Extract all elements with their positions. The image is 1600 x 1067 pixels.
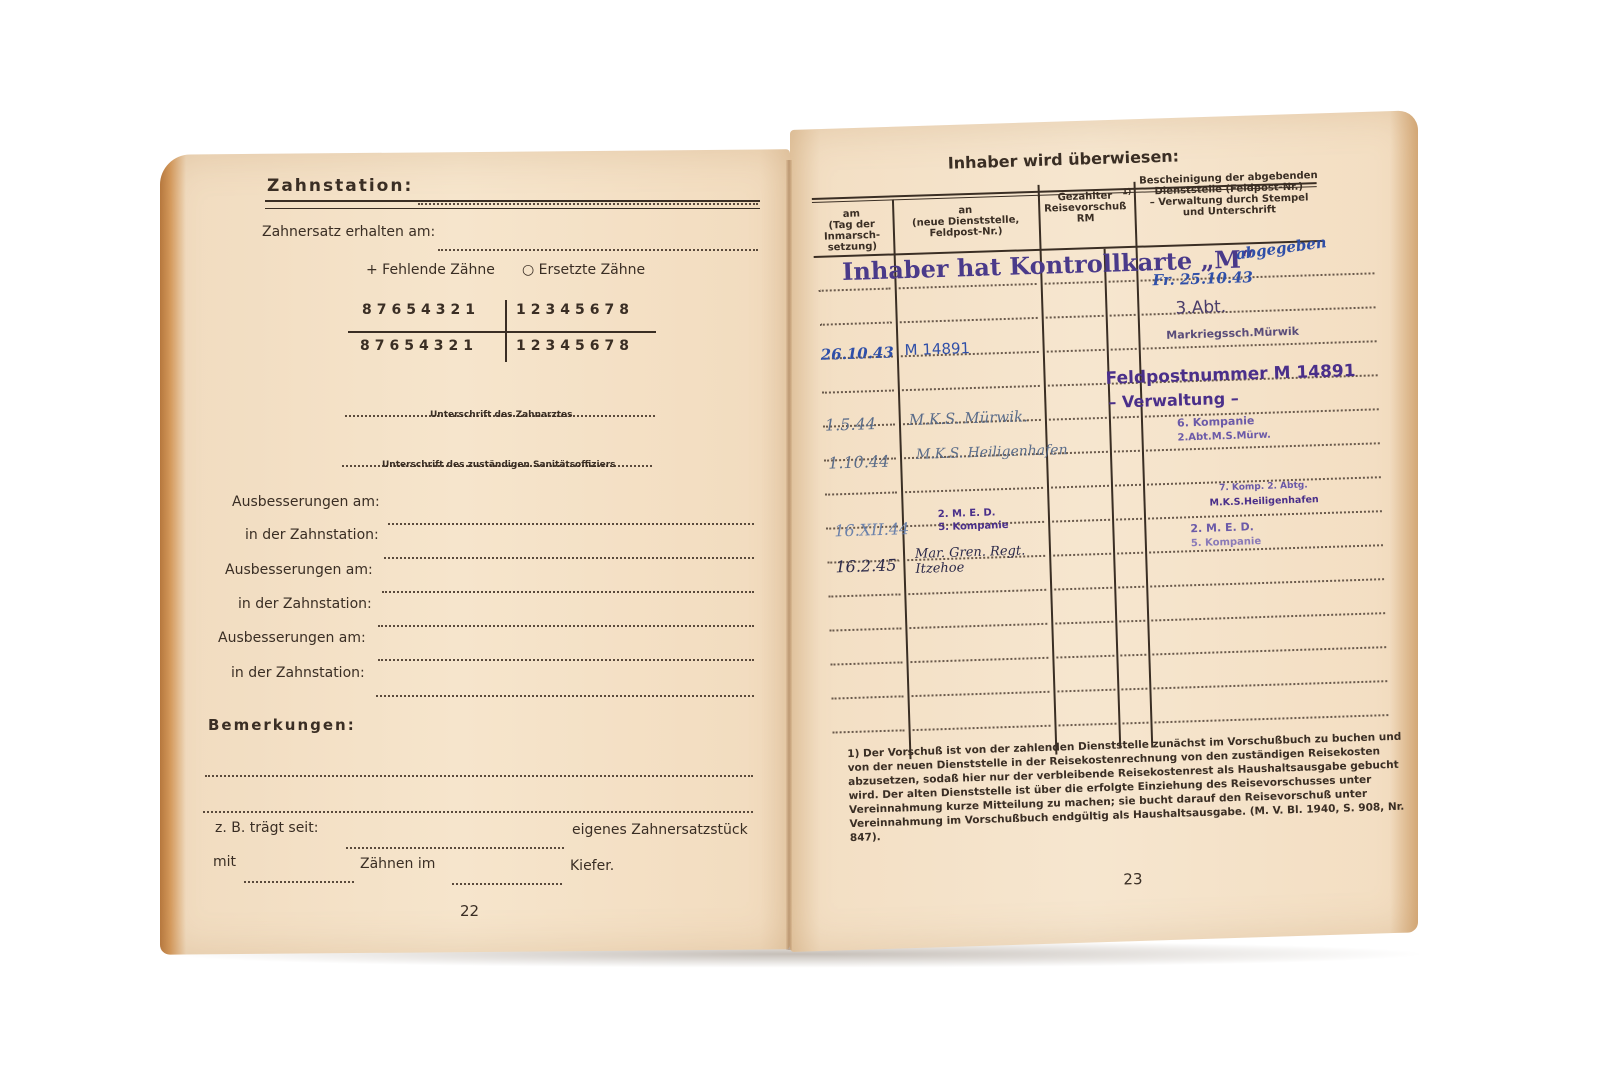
entry-date-1: 26.10.43	[820, 343, 894, 363]
stamp-7-company: 7. Komp. 2. Abtg.	[1219, 481, 1308, 494]
repairs-on-field-3[interactable]	[378, 646, 754, 665]
row-dotted-line	[900, 317, 1038, 323]
stamp-6-company: 6. Kompanie	[1177, 414, 1255, 429]
entry-date-2: 1.5.44	[825, 414, 876, 435]
row-dotted-line	[1121, 688, 1147, 691]
teeth-count-field[interactable]	[244, 868, 354, 887]
row-dotted-line	[1053, 553, 1111, 557]
entry-date-5: 16.2.45	[835, 555, 897, 576]
teeth-horizontal-divider	[348, 331, 656, 333]
row-dotted-line	[1118, 586, 1144, 589]
teeth-upper-left-quadrant: 12345678	[516, 302, 634, 318]
row-dotted-line	[1143, 340, 1377, 349]
row-dotted-line	[1048, 383, 1106, 387]
row-dotted-line	[1119, 620, 1145, 623]
title-rule-thin	[265, 208, 760, 209]
row-dotted-line	[909, 623, 1047, 629]
row-dotted-line	[1051, 485, 1109, 489]
row-dotted-line	[902, 385, 1040, 391]
row-dotted-line	[1046, 315, 1104, 319]
teeth-vertical-divider	[505, 300, 507, 362]
repairs-on-field-1[interactable]	[388, 510, 754, 529]
row-dotted-line	[1153, 680, 1387, 689]
row-dotted-line	[1122, 722, 1148, 725]
entry-unit-3: M.K.S. Heiligenhafen	[916, 442, 1068, 463]
medical-officer-signature-label: Unterschrift des zuständigen Sanitätsoff…	[382, 460, 616, 470]
row-dotted-line	[1117, 552, 1143, 555]
row-dotted-line	[1146, 442, 1380, 451]
teeth-legend-missing: + Fehlende Zähne	[366, 262, 495, 278]
row-dotted-line	[1045, 281, 1103, 285]
stamp-med: 2. M. E. D.	[1190, 520, 1254, 535]
row-dotted-line	[1110, 314, 1136, 317]
stamp-2-abt-mürwik: 2.Abt.M.S.Mürw.	[1177, 430, 1271, 444]
page-number-right: 23	[1123, 870, 1143, 889]
jaw-label: Kiefer.	[570, 858, 614, 874]
row-dotted-line	[1047, 349, 1105, 353]
row-dotted-line	[1111, 348, 1137, 351]
at-station-field-1[interactable]	[384, 544, 754, 563]
col-header-unit: an (neue Dienststelle, Feldpost-Nr.)	[894, 203, 1037, 240]
own-denture-label: eigenes Zahnersatzstück	[572, 822, 748, 838]
denture-received-label: Zahnersatz erhalten am:	[262, 224, 435, 240]
row-dotted-line	[1055, 621, 1113, 625]
banner-date: Fr. 25.10.43	[1152, 268, 1253, 289]
footnote-text: 1) Der Vorschuß ist von der zahlenden Di…	[847, 729, 1420, 845]
row-dotted-line	[1154, 714, 1388, 723]
title-rule	[265, 200, 760, 202]
at-station-label-1: in der Zahnstation:	[245, 527, 379, 543]
row-dotted-line	[1058, 723, 1116, 727]
with-label: mit	[213, 854, 236, 870]
remarks-field-1[interactable]	[205, 762, 753, 781]
col-header-certification: Bescheinigung der abgebenden Dienststell…	[1137, 170, 1320, 220]
dental-station-title: Zahnstation:	[267, 176, 413, 196]
at-station-field-3[interactable]	[376, 682, 754, 701]
row-dotted-line	[908, 589, 1046, 595]
row-dotted-line	[899, 283, 1037, 289]
row-dotted-line	[910, 657, 1048, 663]
remarks-field-2[interactable]	[203, 798, 753, 817]
row-dotted-line	[1151, 612, 1385, 621]
at-station-label-2: in der Zahnstation:	[238, 596, 372, 612]
entry-date-4: 16.XII.44	[834, 519, 909, 540]
row-dotted-line	[1116, 518, 1142, 521]
at-station-label-3: in der Zahnstation:	[231, 665, 365, 681]
row-dotted-line	[830, 661, 902, 665]
row-dotted-line	[832, 695, 904, 699]
row-dotted-line	[1056, 655, 1114, 659]
row-dotted-line	[1114, 450, 1140, 453]
row-dotted-line	[1148, 510, 1382, 519]
stamp-3-abt: 3.Abt.	[1175, 297, 1226, 319]
stamp-5-company: 5. Kompanie	[1191, 536, 1262, 549]
row-dotted-line	[905, 487, 1043, 493]
row-dotted-line	[913, 725, 1051, 731]
row-dotted-line	[1054, 587, 1112, 591]
repairs-on-label-2: Ausbesserungen am:	[225, 562, 373, 578]
row-dotted-line	[1057, 689, 1115, 693]
at-station-field-2[interactable]	[378, 612, 754, 631]
entry-unit-5: Mar. Gren. Regt. Itzehoe	[915, 543, 1046, 577]
entry-date-3: 1.10.44	[828, 452, 890, 473]
wears-since-label: z. B. trägt seit:	[215, 820, 318, 836]
remarks-label: Bemerkungen:	[208, 716, 356, 734]
stamp-5-company-left: 5. Kompanie	[938, 518, 1048, 534]
row-dotted-line	[1113, 416, 1139, 419]
row-dotted-line	[1152, 646, 1386, 655]
row-dotted-line	[833, 729, 905, 733]
row-dotted-line	[825, 491, 897, 495]
dentist-signature-label: Unterschrift des Zahnarztes	[430, 410, 573, 420]
teeth-upper-right-quadrant: 87654321	[362, 302, 480, 318]
teeth-lower-left-quadrant: 12345678	[516, 338, 634, 354]
wears-since-field[interactable]	[346, 834, 564, 853]
col-divider	[1038, 185, 1040, 197]
row-dotted-line	[1149, 544, 1383, 553]
denture-received-field[interactable]	[438, 236, 758, 255]
page-number-left: 22	[460, 902, 479, 920]
jaw-field[interactable]	[452, 870, 562, 889]
book-spine-gutter	[786, 160, 792, 950]
stamp-feldpost-number: Feldpostnummer M 14891	[1105, 361, 1356, 389]
row-dotted-line	[1115, 484, 1141, 487]
stamp-administration: – Verwaltung –	[1108, 389, 1239, 412]
right-page-content: Inhaber wird überwiesen: am (Tag der Inm…	[810, 121, 1424, 899]
entry-unit-2: M.K.S. Mürwik.	[909, 407, 1029, 429]
col-divider	[1104, 249, 1121, 749]
stamp-naval-school: Markriegssch.Mürwik	[1166, 325, 1299, 342]
entry-unit-4-stamp: 2. M. E. D. 5. Kompanie	[938, 505, 1049, 534]
teeth-legend-replaced: ○ Ersetzte Zähne	[522, 262, 645, 278]
row-dotted-line	[1052, 519, 1110, 523]
col-header-date: am (Tag der Inmarsch- setzung)	[812, 208, 891, 254]
row-dotted-line	[829, 627, 901, 631]
repairs-on-field-2[interactable]	[382, 578, 754, 597]
row-dotted-line	[1109, 280, 1135, 283]
repairs-on-label-1: Ausbesserungen am:	[232, 494, 380, 510]
banner-note: abgegeben	[1235, 233, 1328, 263]
row-dotted-line	[1049, 417, 1107, 421]
row-dotted-line	[820, 322, 892, 326]
teeth-lower-right-quadrant: 87654321	[360, 338, 478, 354]
entry-unit-1: M 14891	[904, 339, 970, 359]
row-dotted-line	[828, 593, 900, 597]
row-dotted-line	[1150, 578, 1384, 587]
row-dotted-line	[911, 691, 1049, 697]
transfer-title: Inhaber wird überwiesen:	[947, 146, 1179, 172]
repairs-on-label-3: Ausbesserungen am:	[218, 630, 366, 646]
row-dotted-line	[819, 288, 891, 292]
row-dotted-line	[1120, 654, 1146, 657]
row-dotted-line	[822, 389, 894, 393]
stamp-mks-heiligenhafen: M.K.S.Heiligenhafen	[1209, 494, 1318, 508]
teeth-in-label: Zähnen im	[360, 856, 435, 872]
